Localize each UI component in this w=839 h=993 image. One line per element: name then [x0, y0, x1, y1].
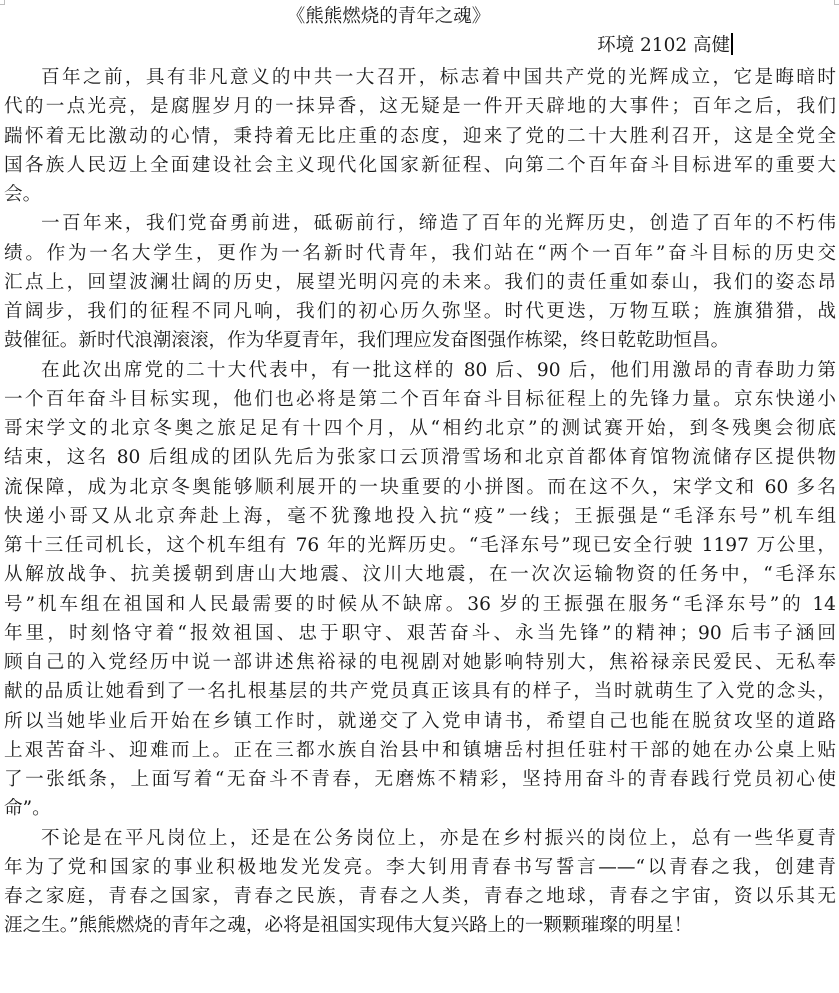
- paragraph-line[interactable]: 上艰苦奋斗、迎难而上。正在三都水族自治县中和镇塘岳村担任驻村干部的她在办公桌上贴: [4, 736, 836, 765]
- paragraph-line[interactable]: 百年之前，具有非凡意义的中共一大召开，标志着中国共产党的光辉成立，它是晦暗时: [4, 63, 836, 92]
- paragraph-line[interactable]: 年里，时刻恪守着“报效祖国、忠于职守、艰苦奋斗、永当先锋”的精神；90 后韦子涵…: [4, 619, 836, 648]
- paragraph-line[interactable]: 首阔步，我们的征程不同凡响，我们的初心历久弥坚。时代更迭，万物互联；旌旗猎猎，战: [4, 297, 836, 326]
- paragraph-line[interactable]: 年为了党和国家的事业积极地发光发亮。李大钊用青春书写誓言——“以青春之我，创建青: [4, 853, 836, 882]
- paragraph-line[interactable]: 踹怀着无比激动的心情，秉持着无比庄重的态度，迎来了党的二十大胜利召开，这是全党全: [4, 122, 836, 151]
- author-line[interactable]: 环境 2102 高健: [597, 33, 733, 59]
- paragraph-2[interactable]: 一百年来，我们党奋勇前进，砥砺前行，缔造了百年的光辉历史，创造了百年的不朽伟 绩…: [4, 209, 836, 355]
- paragraph-line[interactable]: 结束，这名 80 后组成的团队先后为张家口云顶滑雪场和北京首都体育馆物流储存区提…: [4, 443, 836, 472]
- paragraph-line[interactable]: 第十三任司机长，这个机车组有 76 年的光辉历史。“毛泽东号”现已安全行驶 11…: [4, 531, 836, 560]
- paragraph-line[interactable]: 国各族人民迈上全面建设社会主义现代化国家新征程、向第二个百年奋斗目标进军的重要大: [4, 151, 836, 180]
- paragraph-line[interactable]: 鼓催征。新时代浪潮滚滚，作为华夏青年，我们理应发奋图强作栋梁，终日乾乾助恒昌。: [4, 326, 836, 355]
- paragraph-line[interactable]: 代的一点光亮，是腐腥岁月的一抹异香，这无疑是一件开天辟地的大事件；百年之后，我们: [4, 92, 836, 121]
- paragraph-3[interactable]: 在此次出席党的二十大代表中，有一批这样的 80 后、90 后，他们用激昂的青春助…: [4, 356, 836, 824]
- paragraph-line[interactable]: 献的品质让她看到了一名扎根基层的共产党员真正该具有的样子，当时就萌生了入党的念头…: [4, 677, 836, 706]
- author-text[interactable]: 环境 2102 高健: [597, 35, 730, 56]
- text-cursor: [731, 33, 733, 55]
- paragraph-line[interactable]: 号”机车组在祖国和人民最需要的时候从不缺席。36 岁的王振强在服务“毛泽东号”的…: [4, 590, 836, 619]
- paragraph-line[interactable]: 会。: [4, 180, 836, 209]
- paragraph-line[interactable]: 不论是在平凡岗位上，还是在公务岗位上，亦是在乡村振兴的岗位上，总有一些华夏青: [4, 824, 836, 853]
- paragraph-line[interactable]: 了一张纸条，上面写着“无奋斗不青春，无磨炼不精彩，坚持用奋斗的青春践行党员初心使: [4, 765, 836, 794]
- paragraph-line[interactable]: 所以当她毕业后开始在乡镇工作时，就递交了入党申请书，希望自己也能在脱贫攻坚的道路: [4, 707, 836, 736]
- paragraph-line[interactable]: 春之家庭，青春之国家，青春之民族，青春之人类，青春之地球，青春之宇宙，资以乐其无: [4, 882, 836, 911]
- paragraph-line[interactable]: 在此次出席党的二十大代表中，有一批这样的 80 后、90 后，他们用激昂的青春助…: [4, 356, 836, 385]
- document-body[interactable]: 百年之前，具有非凡意义的中共一大召开，标志着中国共产党的光辉成立，它是晦暗时 代…: [4, 63, 836, 941]
- paragraph-line[interactable]: 哥宋学文的北京冬奥之旅足足有十四个月，从“相约北京”的测试赛开始，到冬残奥会彻底: [4, 414, 836, 443]
- paragraph-line[interactable]: 一百年来，我们党奋勇前进，砥砺前行，缔造了百年的光辉历史，创造了百年的不朽伟: [4, 209, 836, 238]
- paragraph-1[interactable]: 百年之前，具有非凡意义的中共一大召开，标志着中国共产党的光辉成立，它是晦暗时 代…: [4, 63, 836, 209]
- paragraph-4[interactable]: 不论是在平凡岗位上，还是在公务岗位上，亦是在乡村振兴的岗位上，总有一些华夏青 年…: [4, 824, 836, 941]
- paragraph-line[interactable]: 汇点上，回望波澜壮阔的历史，展望光明闪亮的未来。我们的责任重如泰山，我们的姿态昂: [4, 268, 836, 297]
- paragraph-line[interactable]: 命”。: [4, 794, 836, 823]
- document-title[interactable]: 《熊熊燃烧的青年之魂》: [0, 4, 839, 30]
- paragraph-line[interactable]: 一个百年奋斗目标实现，他们也必将是第二个百年奋斗目标征程上的先锋力量。京东快递小: [4, 385, 836, 414]
- paragraph-line[interactable]: 流保障，成为北京冬奥能够顺利展开的一块重要的小拼图。而在这不久，宋学文和 60 …: [4, 473, 836, 502]
- paragraph-line[interactable]: 从解放战争、抗美援朝到唐山大地震、汶川大地震，在一次次运输物资的任务中，“毛泽东: [4, 560, 836, 589]
- paragraph-line[interactable]: 涯之生。”熊熊燃烧的青年之魂，必将是祖国实现伟大复兴路上的一颗颗璀璨的明星！: [4, 911, 836, 940]
- paragraph-line[interactable]: 绩。作为一名大学生，更作为一名新时代青年，我们站在“两个一百年”奋斗目标的历史交: [4, 239, 836, 268]
- paragraph-line[interactable]: 顾自己的入党经历中说一部讲述焦裕禄的电视剧对她影响特别大，焦裕禄亲民爱民、无私奉: [4, 648, 836, 677]
- paragraph-line[interactable]: 快递小哥又从北京奔赴上海，毫不犹豫地投入抗“疫”一线；王振强是“毛泽东号”机车组: [4, 502, 836, 531]
